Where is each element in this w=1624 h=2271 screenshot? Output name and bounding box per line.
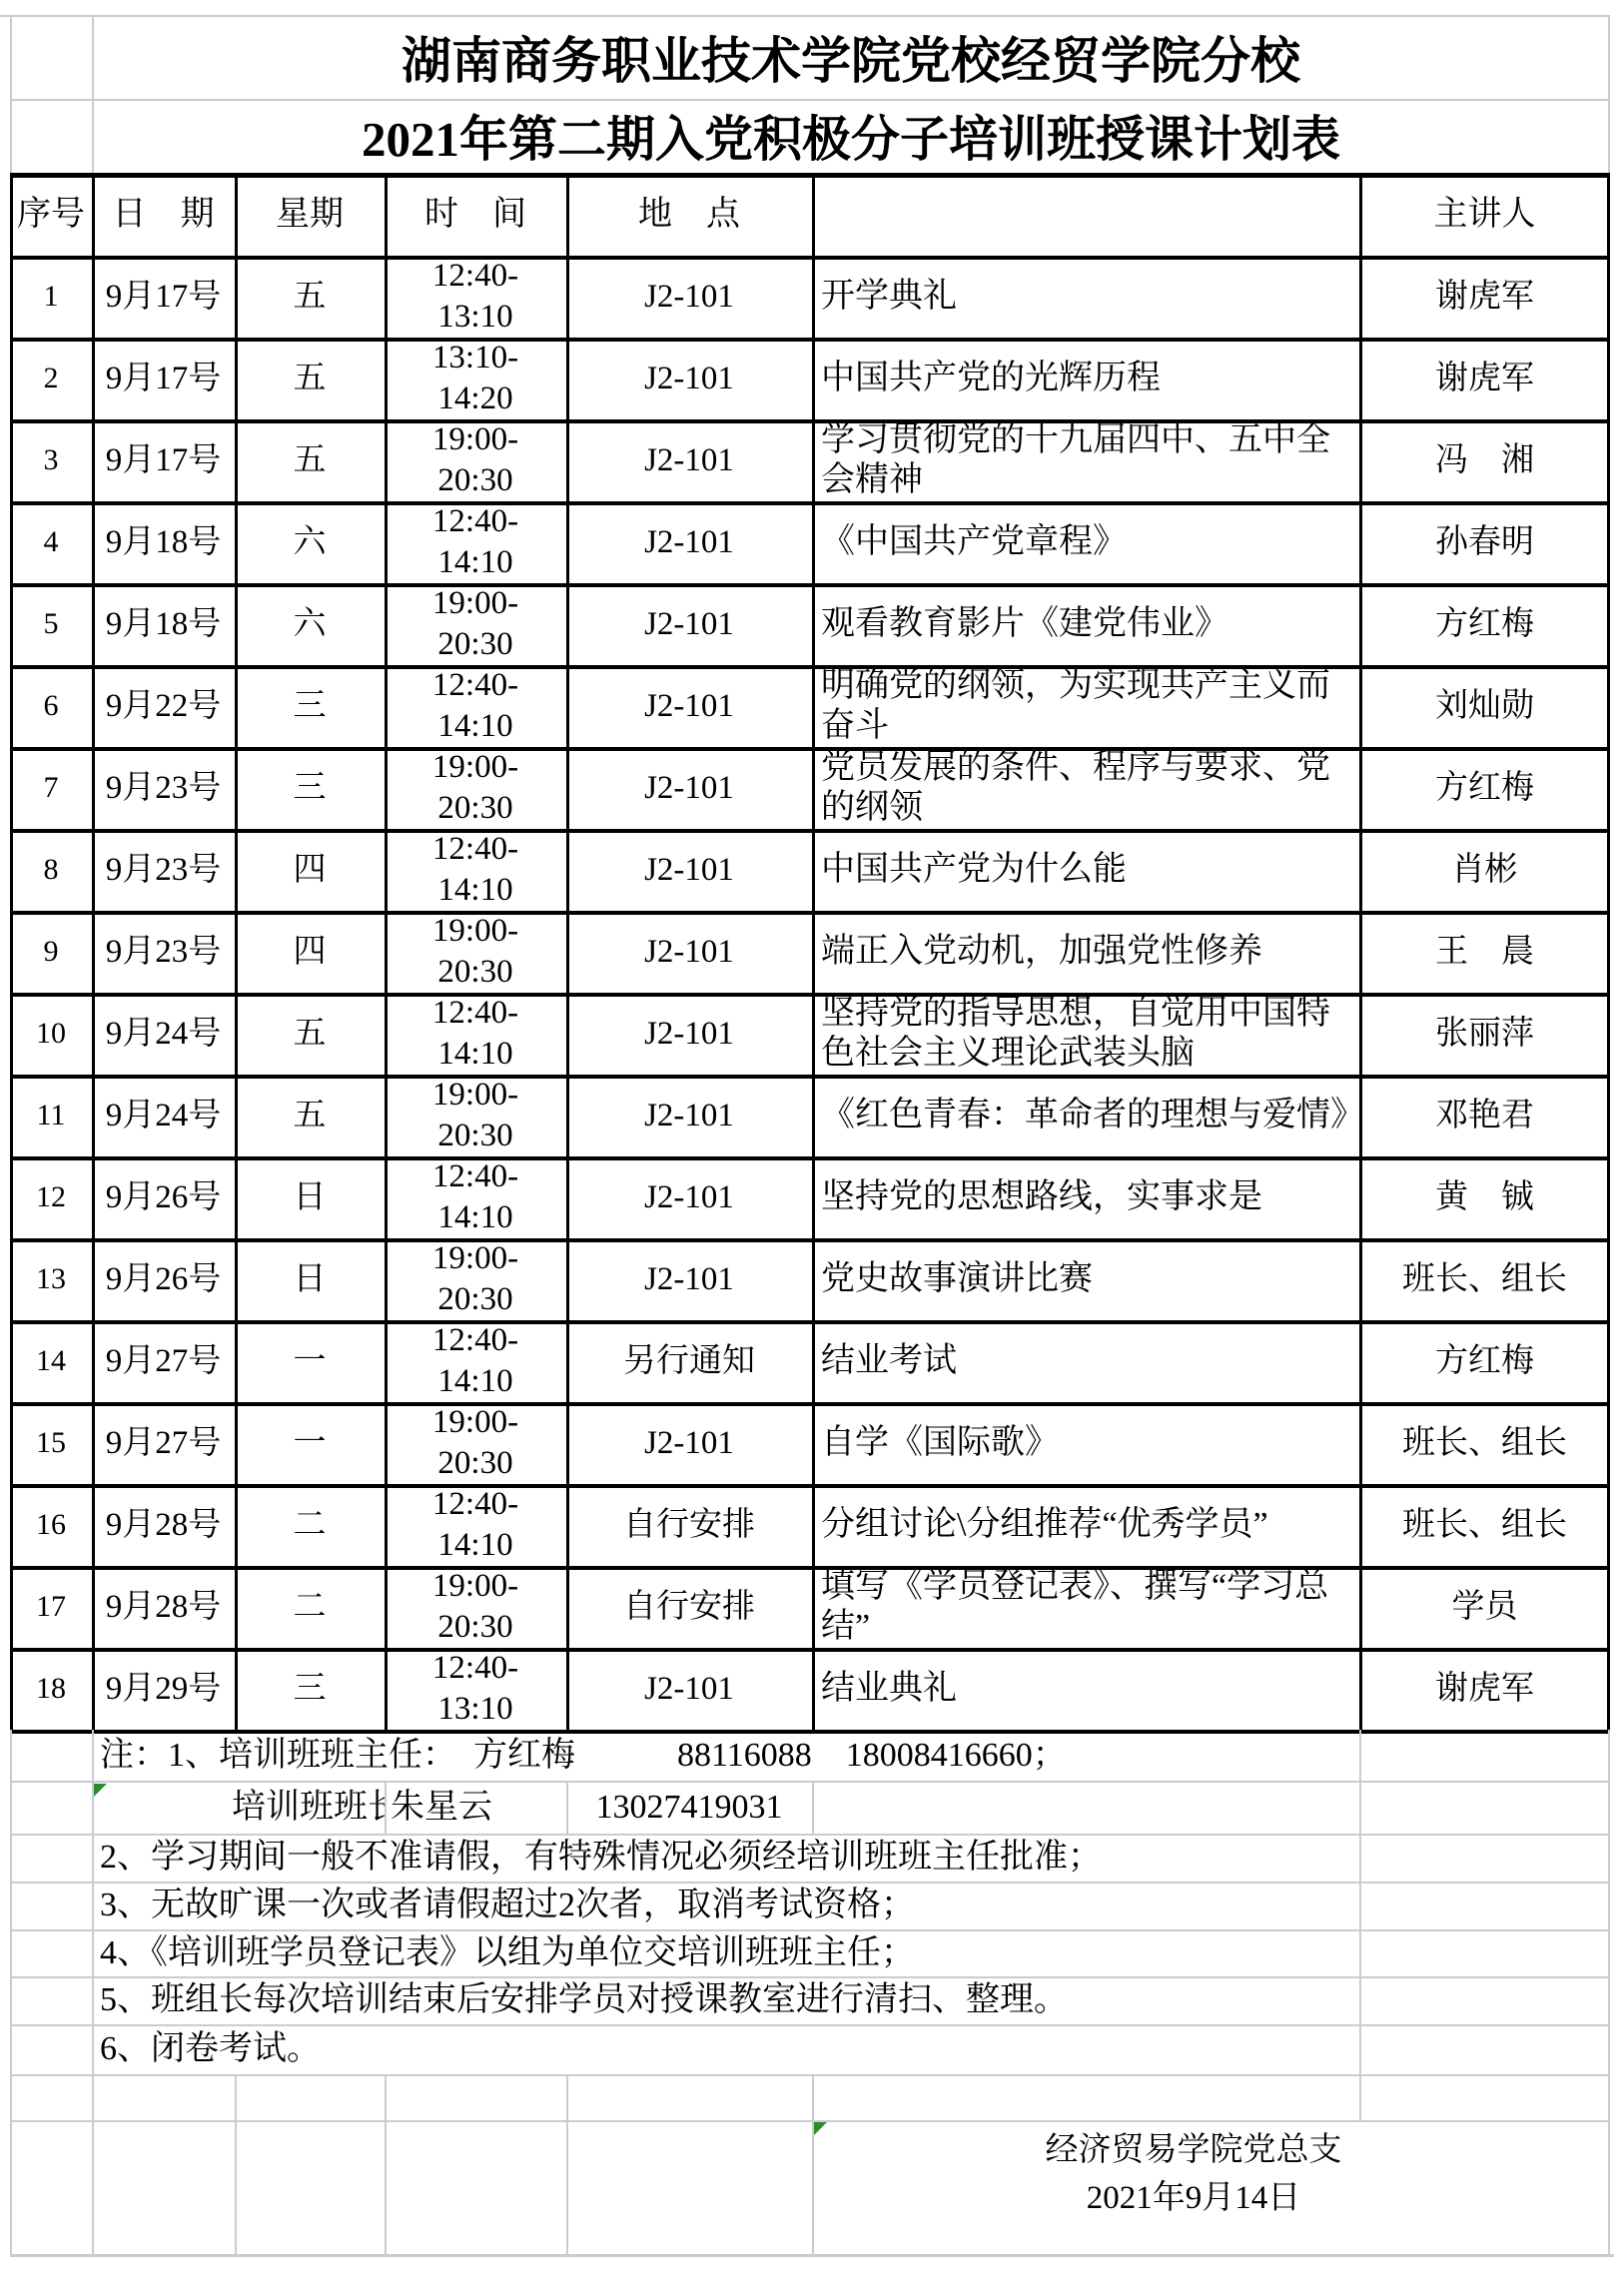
cell-no[interactable]: 16 (10, 1484, 92, 1566)
cell-lecturer[interactable]: 刘灿勋 (1359, 665, 1610, 747)
cell-content[interactable]: 党史故事演讲比赛 (812, 1238, 1359, 1320)
cell-lecturer[interactable]: 方红梅 (1359, 583, 1610, 665)
cell-content[interactable]: 坚持党的思想路线，实事求是 (812, 1156, 1359, 1238)
grid-line (10, 2074, 1610, 2076)
cell-date[interactable]: 9月28号 (92, 1566, 235, 1648)
cell-lecturer[interactable]: 谢虎军 (1359, 338, 1610, 419)
cell-content[interactable]: 中国共产党为什么能 (812, 829, 1359, 911)
cell-location[interactable]: J2-101 (566, 829, 812, 911)
grid-line (10, 1648, 1610, 1652)
cell-time[interactable]: 19:00- 20:30 (385, 1075, 566, 1156)
cell-content[interactable]: 开学典礼 (812, 256, 1359, 338)
cell-no[interactable]: 13 (10, 1238, 92, 1320)
grid-line (10, 1075, 1610, 1079)
cell-time[interactable]: 19:00- 20:30 (385, 747, 566, 829)
cell-location[interactable]: J2-101 (566, 747, 812, 829)
cell-weekday[interactable]: 五 (235, 1075, 385, 1156)
cell-weekday[interactable]: 日 (235, 1156, 385, 1238)
cell-no[interactable]: 1 (10, 256, 92, 338)
grid-line (10, 1320, 1610, 1324)
grid-line (10, 173, 1610, 178)
grid-line (566, 2120, 568, 2254)
cell-lecturer[interactable]: 张丽萍 (1359, 993, 1610, 1075)
note-4[interactable]: 4、《培训班学员登记表》以组为单位交培训班班主任； (100, 1929, 915, 1976)
cell-lecturer[interactable]: 班长、组长 (1359, 1402, 1610, 1484)
cell-date[interactable]: 9月23号 (92, 829, 235, 911)
cell-date[interactable]: 9月22号 (92, 665, 235, 747)
cell-location[interactable]: J2-101 (566, 993, 812, 1075)
cell-content[interactable]: 结业典礼 (812, 1648, 1359, 1730)
note-6[interactable]: 6、闭卷考试。 (100, 2024, 321, 2074)
cell-no[interactable]: 14 (10, 1320, 92, 1402)
cell-no[interactable]: 18 (10, 1648, 92, 1730)
grid-line (10, 338, 1610, 342)
cell-no[interactable]: 15 (10, 1402, 92, 1484)
cell-lecturer[interactable]: 王 晨 (1359, 911, 1610, 993)
grid-line (10, 419, 1610, 423)
grid-line (10, 583, 1610, 587)
grid-line (385, 2120, 387, 2254)
cell-lecturer[interactable]: 肖彬 (1359, 829, 1610, 911)
cell-content[interactable]: 党员发展的条件、程序与要求、党的纲领 (812, 747, 1359, 829)
cell-weekday[interactable]: 四 (235, 911, 385, 993)
grid-line (385, 1781, 387, 1834)
grid-line (10, 99, 1610, 101)
cell-content[interactable]: 自学《国际歌》 (812, 1402, 1359, 1484)
cell-location[interactable]: J2-101 (566, 1648, 812, 1730)
cell-time[interactable]: 12:40- 14:10 (385, 829, 566, 911)
grid-line (385, 2074, 387, 2120)
grid-line (10, 1882, 1610, 1884)
cell-content[interactable]: 明确党的纲领，为实现共产主义而奋斗 (812, 665, 1359, 747)
grid-line (235, 173, 238, 1734)
cell-lecturer[interactable]: 班长、组长 (1359, 1484, 1610, 1566)
cell-time[interactable]: 12:40- 14:10 (385, 665, 566, 747)
cell-no[interactable]: 2 (10, 338, 92, 419)
cell-no[interactable]: 12 (10, 1156, 92, 1238)
header-date[interactable]: 日 期 (92, 173, 235, 256)
cell-content[interactable]: 结业考试 (812, 1320, 1359, 1402)
grid-line (10, 1730, 1610, 1734)
grid-line (92, 15, 94, 173)
cell-no[interactable]: 5 (10, 583, 92, 665)
cell-weekday[interactable]: 五 (235, 993, 385, 1075)
cell-date[interactable]: 9月18号 (92, 583, 235, 665)
signature-org: 经济贸易学院党总支 (1046, 2126, 1342, 2174)
grid-line (812, 2120, 814, 2254)
cell-lecturer[interactable]: 方红梅 (1359, 747, 1610, 829)
cell-date[interactable]: 9月26号 (92, 1238, 235, 1320)
grid-line (1608, 15, 1610, 173)
note-3[interactable]: 3、无故旷课一次或者请假超过2次者，取消考试资格； (100, 1882, 915, 1929)
grid-line (10, 1730, 12, 2254)
cell-weekday[interactable]: 五 (235, 419, 385, 501)
cell-no[interactable]: 17 (10, 1566, 92, 1648)
note-monitor-label-cell[interactable]: 培训班班长： (92, 1781, 385, 1834)
grid-line (10, 911, 1610, 915)
cell-date[interactable]: 9月24号 (92, 993, 235, 1075)
cell-flag-marker (814, 2122, 827, 2135)
cell-weekday[interactable]: 二 (235, 1566, 385, 1648)
cell-weekday[interactable]: 三 (235, 665, 385, 747)
spreadsheet: 湖南商务职业技术学院党校经贸学院分校 2021年第二期入党积极分子培训班授课计划… (0, 0, 1624, 2271)
grid-line (10, 1566, 1610, 1570)
grid-line (1608, 1730, 1610, 2254)
cell-date[interactable]: 9月17号 (92, 419, 235, 501)
cell-lecturer[interactable]: 学员 (1359, 1566, 1610, 1648)
grid-line (812, 2074, 814, 2120)
sheet-title: 湖南商务职业技术学院党校经贸学院分校 (92, 15, 1610, 99)
grid-line (10, 173, 13, 1734)
cell-content[interactable]: 中国共产党的光辉历程 (812, 338, 1359, 419)
cell-location[interactable]: J2-101 (566, 583, 812, 665)
cell-content[interactable]: 分组讨论\分组推荐“优秀学员” (812, 1484, 1359, 1566)
grid-line (10, 256, 1610, 260)
cell-time[interactable]: 19:00- 20:30 (385, 1566, 566, 1648)
grid-line (1607, 173, 1610, 1734)
cell-location[interactable]: 自行安排 (566, 1566, 812, 1648)
cell-time[interactable]: 19:00- 20:30 (385, 1402, 566, 1484)
cell-weekday[interactable]: 日 (235, 1238, 385, 1320)
cell-location[interactable]: J2-101 (566, 501, 812, 583)
cell-content[interactable]: 学习贯彻党的十九届四中、五中全会精神 (812, 419, 1359, 501)
cell-weekday[interactable]: 二 (235, 1484, 385, 1566)
grid-line (10, 665, 1610, 669)
grid-line (10, 829, 1610, 833)
cell-date[interactable]: 9月29号 (92, 1648, 235, 1730)
grid-line (10, 501, 1610, 505)
cell-flag-marker (94, 1784, 107, 1797)
cell-no[interactable]: 4 (10, 501, 92, 583)
grid-line (10, 2254, 1614, 2257)
cell-no[interactable]: 6 (10, 665, 92, 747)
cell-lecturer[interactable]: 班长、组长 (1359, 1238, 1610, 1320)
header-no[interactable]: 序号 (10, 173, 92, 256)
note-1[interactable]: 注：1、培训班班主任： 方红梅 88116088 18008416660； (100, 1730, 1067, 1781)
cell-weekday[interactable]: 五 (235, 256, 385, 338)
cell-time[interactable]: 19:00- 20:30 (385, 583, 566, 665)
cell-weekday[interactable]: 三 (235, 747, 385, 829)
cell-weekday[interactable]: 三 (235, 1648, 385, 1730)
header-location[interactable]: 地 点 (566, 173, 812, 256)
cell-weekday[interactable]: 一 (235, 1320, 385, 1402)
grid-line (10, 2024, 1610, 2026)
cell-time[interactable]: 12:40- 14:10 (385, 1320, 566, 1402)
cell-time[interactable]: 12:40- 14:10 (385, 501, 566, 583)
cell-location[interactable]: J2-101 (566, 1156, 812, 1238)
cell-no[interactable]: 3 (10, 419, 92, 501)
cell-time[interactable]: 19:00- 20:30 (385, 911, 566, 993)
cell-date[interactable]: 9月18号 (92, 501, 235, 583)
signature-block[interactable]: 经济贸易学院党总支 2021年9月14日 (812, 2120, 1610, 2254)
grid-line (10, 1834, 1610, 1836)
cell-lecturer[interactable]: 邓艳君 (1359, 1075, 1610, 1156)
cell-location[interactable]: J2-101 (566, 256, 812, 338)
cell-time[interactable]: 12:40- 13:10 (385, 256, 566, 338)
cell-time[interactable]: 13:10- 14:20 (385, 338, 566, 419)
grid-line (1359, 1730, 1361, 2120)
cell-location[interactable]: 另行通知 (566, 1320, 812, 1402)
cell-content[interactable]: 观看教育影片《建党伟业》 (812, 583, 1359, 665)
cell-date[interactable]: 9月28号 (92, 1484, 235, 1566)
grid-line (385, 173, 388, 1734)
cell-location[interactable]: J2-101 (566, 911, 812, 993)
grid-line (10, 993, 1610, 997)
cell-date[interactable]: 9月17号 (92, 338, 235, 419)
grid-line (1359, 173, 1362, 1734)
cell-date[interactable]: 9月27号 (92, 1402, 235, 1484)
cell-weekday[interactable]: 五 (235, 338, 385, 419)
cell-location[interactable]: J2-101 (566, 338, 812, 419)
cell-weekday[interactable]: 一 (235, 1402, 385, 1484)
grid-line (10, 1781, 1610, 1783)
cell-time[interactable]: 12:40- 14:10 (385, 1156, 566, 1238)
grid-line (10, 1976, 1610, 1978)
cell-time[interactable]: 19:00- 20:30 (385, 419, 566, 501)
grid-line (92, 173, 95, 1734)
header-weekday[interactable]: 星期 (235, 173, 385, 256)
header-time[interactable]: 时 间 (385, 173, 566, 256)
grid-line (235, 2120, 237, 2254)
note-monitor-name[interactable]: 朱星云 (391, 1781, 492, 1834)
cell-no[interactable]: 8 (10, 829, 92, 911)
grid-line (566, 1781, 568, 1834)
header-content[interactable] (812, 173, 1359, 256)
cell-time[interactable]: 12:40- 14:10 (385, 993, 566, 1075)
cell-lecturer[interactable]: 冯 湘 (1359, 419, 1610, 501)
cell-location[interactable]: 自行安排 (566, 1484, 812, 1566)
grid-line (10, 1156, 1610, 1160)
note-5[interactable]: 5、班组长每次培训结束后安排学员对授课教室进行清扫、整理。 (100, 1976, 1068, 2024)
cell-lecturer[interactable]: 孙春明 (1359, 501, 1610, 583)
grid-line (10, 1929, 1610, 1931)
cell-lecturer[interactable]: 方红梅 (1359, 1320, 1610, 1402)
cell-lecturer[interactable]: 谢虎军 (1359, 256, 1610, 338)
cell-time[interactable]: 19:00- 20:30 (385, 1238, 566, 1320)
cell-date[interactable]: 9月17号 (92, 256, 235, 338)
cell-date[interactable]: 9月26号 (92, 1156, 235, 1238)
grid-line (566, 173, 569, 1734)
note-monitor-phone[interactable]: 13027419031 (566, 1781, 812, 1834)
cell-time[interactable]: 12:40- 13:10 (385, 1648, 566, 1730)
grid-line (10, 1238, 1610, 1242)
cell-content[interactable]: 坚持党的指导思想，自觉用中国特色社会主义理论武装头脑 (812, 993, 1359, 1075)
cell-location[interactable]: J2-101 (566, 1402, 812, 1484)
header-lecturer[interactable]: 主讲人 (1359, 173, 1610, 256)
grid-line (10, 1402, 1610, 1406)
grid-line (92, 1730, 94, 2254)
cell-content[interactable]: 《中国共产党章程》 (812, 501, 1359, 583)
cell-content[interactable]: 《红色青春：革命者的理想与爱情》 (812, 1075, 1359, 1156)
note-2[interactable]: 2、学习期间一般不准请假，有特殊情况必须经培训班班主任批准； (100, 1834, 1102, 1882)
cell-date[interactable]: 9月23号 (92, 911, 235, 993)
cell-date[interactable]: 9月24号 (92, 1075, 235, 1156)
cell-lecturer[interactable]: 谢虎军 (1359, 1648, 1610, 1730)
grid-line (10, 1484, 1610, 1488)
grid-line (10, 747, 1610, 751)
note-monitor-label: 培训班班长： (92, 1781, 385, 1834)
cell-time[interactable]: 12:40- 14:10 (385, 1484, 566, 1566)
cell-location[interactable]: J2-101 (566, 419, 812, 501)
grid-line (812, 173, 815, 1734)
cell-weekday[interactable]: 六 (235, 501, 385, 583)
cell-no[interactable]: 7 (10, 747, 92, 829)
cell-lecturer[interactable]: 黄 铖 (1359, 1156, 1610, 1238)
cell-content[interactable]: 填写《学员登记表》、撰写“学习总结” (812, 1566, 1359, 1648)
cell-date[interactable]: 9月27号 (92, 1320, 235, 1402)
cell-date[interactable]: 9月23号 (92, 747, 235, 829)
grid-line (0, 15, 1610, 17)
sheet-subtitle: 2021年第二期入党积极分子培训班授课计划表 (92, 99, 1610, 173)
cell-no[interactable]: 11 (10, 1075, 92, 1156)
grid-line (566, 2074, 568, 2120)
cell-location[interactable]: J2-101 (566, 1075, 812, 1156)
cell-location[interactable]: J2-101 (566, 665, 812, 747)
signature-date: 2021年9月14日 (1087, 2174, 1301, 2222)
cell-weekday[interactable]: 六 (235, 583, 385, 665)
cell-location[interactable]: J2-101 (566, 1238, 812, 1320)
cell-no[interactable]: 10 (10, 993, 92, 1075)
cell-weekday[interactable]: 四 (235, 829, 385, 911)
grid-line (10, 15, 12, 173)
grid-line (235, 2074, 237, 2120)
grid-line (812, 1781, 814, 1834)
grid-line (10, 2120, 1610, 2122)
cell-no[interactable]: 9 (10, 911, 92, 993)
cell-content[interactable]: 端正入党动机，加强党性修养 (812, 911, 1359, 993)
